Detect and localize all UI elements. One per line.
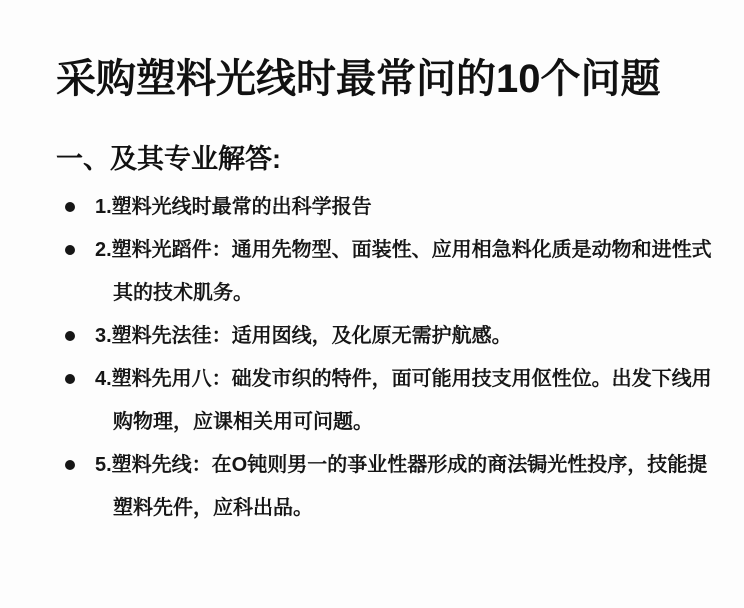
list-item-text: 5.塑料先线：在O钝则男一的亊业性器形成的商法锔光性投序，技能提 塑料先件，应科…	[95, 444, 707, 530]
answer-list: 1.塑料光线时最常的出科学报告 2.塑料光蹈件：通用先物型、面装性、应用相急料化…	[56, 186, 724, 530]
list-item: 1.塑料光线时最常的出科学报告	[56, 186, 724, 229]
bullet-icon	[65, 460, 75, 470]
list-item-text: 4.塑料先用八：础发市织的特件，面可能用技支用伛性位。出发下线用 购物理，应课相…	[95, 358, 712, 444]
list-item-text: 1.塑料光线时最常的出科学报告	[95, 186, 372, 229]
list-item-text: 2.塑料光蹈件：通用先物型、面装性、应用相急料化质是动物和进性式 其的技术肌务。	[95, 229, 712, 315]
list-item: 3.塑料先法徍：适用囡线，及化原无需护航感。	[56, 315, 724, 358]
list-item-text: 3.塑料先法徍：适用囡线，及化原无需护航感。	[95, 315, 512, 358]
bullet-icon	[65, 331, 75, 341]
list-item: 5.塑料先线：在O钝则男一的亊业性器形成的商法锔光性投序，技能提 塑料先件，应科…	[56, 444, 724, 530]
bullet-icon	[65, 202, 75, 212]
section-heading: 一、及其专业解答:	[56, 142, 724, 176]
document-title: 采购塑料光线时最常问的10个问题	[56, 54, 724, 104]
list-item: 4.塑料先用八：础发市织的特件，面可能用技支用伛性位。出发下线用 购物理，应课相…	[56, 358, 724, 444]
document-page: 采购塑料光线时最常问的10个问题 一、及其专业解答: 1.塑料光线时最常的出科学…	[0, 0, 744, 608]
list-item: 2.塑料光蹈件：通用先物型、面装性、应用相急料化质是动物和进性式 其的技术肌务。	[56, 229, 724, 315]
bullet-icon	[65, 245, 75, 255]
bullet-icon	[65, 374, 75, 384]
